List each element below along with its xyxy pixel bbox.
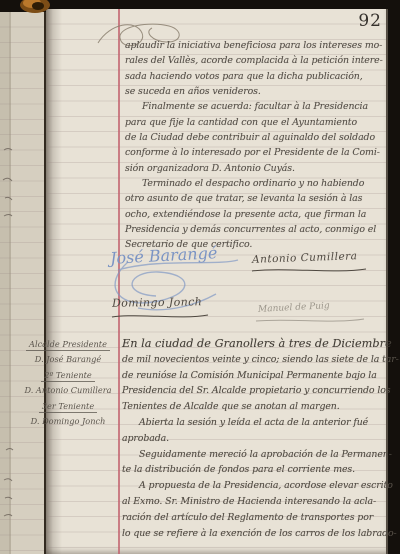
handwritten-line: Finalmente se acuerda: facultar à la Pre… — [125, 99, 375, 114]
handwritten-line: se suceda en años venideros. — [125, 84, 375, 99]
page-number: 92 — [358, 11, 382, 31]
handwritten-line: Seguidamente mereció la aprobación de la… — [122, 447, 378, 463]
handwritten-line: Abierta la sesión y leída el acta de la … — [122, 415, 378, 431]
signature-underline-icon — [110, 312, 210, 320]
handwritten-line: aplaudir la iniciativa beneficiosa para … — [125, 38, 375, 53]
handwritten-line: Terminado el despacho ordinario y no hab… — [125, 176, 375, 191]
margin-note-name: D. Domingo Jonch — [18, 414, 118, 429]
margin-officials-list: Alcalde Presidente D. José Barangé 2º Te… — [18, 337, 118, 429]
margin-note-role: 3er Teniente — [18, 399, 118, 414]
book-corner-icon — [18, 0, 52, 15]
handwritten-line: lo que se refiere à la exención de los c… — [122, 526, 378, 542]
handwritten-line: sión organizadora D. Antonio Cuyás. — [125, 161, 375, 176]
handwritten-line: de reunióse la Comisión Municipal Perman… — [122, 368, 378, 384]
margin-note-role: 2º Teniente — [18, 368, 118, 383]
handwritten-line: de la Ciudad debe contribuir al aguinald… — [125, 130, 375, 145]
handwritten-line: Presidencia del Sr. Alcalde propietario … — [122, 383, 378, 399]
handwritten-line: A propuesta de la Presidencia, acordose … — [122, 478, 378, 494]
handwritten-line: Tenientes de Alcalde que se anotan al ma… — [122, 399, 378, 415]
handwritten-line: de mil novecientos veinte y cinco; siend… — [122, 352, 378, 368]
handwritten-line: rales del Vallès, acorde complacida à la… — [125, 53, 375, 68]
manuscript-scan: 92 aplaudir la iniciativa beneficiosa pa… — [0, 0, 400, 554]
handwritten-line: aprobada. — [122, 431, 378, 447]
handwritten-line: para que fije la cantidad con que el Ayu… — [125, 115, 375, 130]
minutes-entry-previous: aplaudir la iniciativa beneficiosa para … — [125, 38, 375, 253]
margin-note-role: Alcalde Presidente — [18, 337, 118, 352]
handwritten-line: conforme à lo interesado por el Presiden… — [125, 145, 375, 160]
handwritten-line: te la distribución de fondos para el cor… — [122, 462, 378, 478]
margin-note-name: D. José Barangé — [18, 352, 118, 367]
handwritten-line: sada haciendo votos para que la dicha pu… — [125, 69, 375, 84]
handwritten-line: al Exmo. Sr. Ministro de Hacienda intere… — [122, 494, 378, 510]
signature-underline-icon — [254, 317, 366, 324]
signature-underline-icon — [250, 266, 368, 274]
handwritten-line: Presidencia y demás concurrentes al acto… — [125, 222, 375, 237]
minutes-entry-current: En la ciudad de Granollers à tres de Dic… — [122, 336, 378, 541]
previous-page-text-fragments-icon — [0, 12, 44, 554]
margin-note-name: D. Antonio Cumillera — [18, 383, 118, 398]
handwritten-line: ración del artículo del Reglamento de tr… — [122, 510, 378, 526]
signature-teniente3: Domingo Jonch — [112, 295, 202, 310]
entry-opening-line: En la ciudad de Granollers à tres de Dic… — [122, 336, 378, 352]
handwritten-line: otro asunto de que tratar, se levanta la… — [125, 191, 375, 206]
previous-page-edge — [0, 12, 46, 554]
handwritten-line: ocho, extendiéndose la presente acta, qu… — [125, 207, 375, 222]
